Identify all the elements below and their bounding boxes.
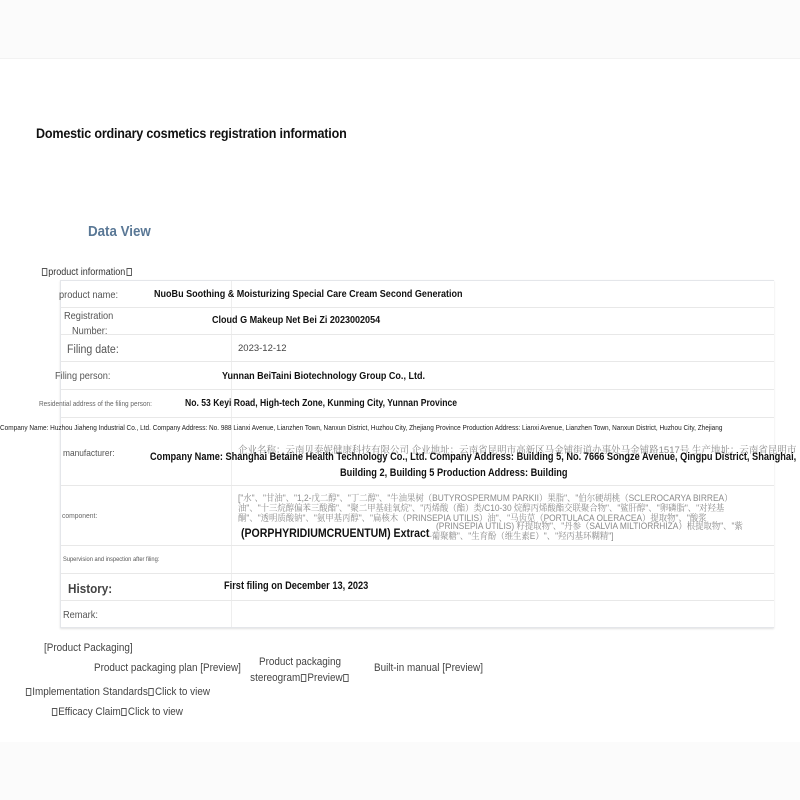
component-label: component:	[62, 511, 97, 520]
product-name-label: product name:	[59, 289, 118, 301]
row-history: History: First filing on December 13, 20…	[61, 574, 774, 601]
product-information-label: product information	[41, 267, 132, 278]
row-filing-date: Filing date: 2023-12-12	[61, 335, 774, 362]
box-glyph-icon	[26, 688, 31, 696]
page-title: Domestic ordinary cosmetics registration…	[36, 126, 347, 141]
filing-person-value: Yunnan BeiTaini Biotechnology Group Co.,…	[222, 370, 425, 382]
manufacturer-value-line1: Company Name: Shanghai Betaine Health Te…	[150, 451, 796, 463]
packaging-stereogram-preview-link[interactable]: Product packaging stereogramPreview	[246, 654, 354, 686]
efficacy-claim-view-link[interactable]: Click to view	[128, 706, 183, 718]
box-glyph-icon	[344, 674, 349, 682]
box-glyph-icon	[122, 708, 127, 716]
stereogram-preview-text: Preview	[307, 672, 342, 684]
efficacy-claim-row: Efficacy ClaimClick to view	[51, 706, 183, 718]
filing-date-label: Filing date:	[67, 344, 119, 356]
filing-date-value: 2023-12-12	[238, 343, 287, 354]
registration-number-label-line1: Registration	[64, 310, 113, 322]
implementation-standards-row: Implementation StandardsClick to view	[25, 686, 210, 698]
manufacturer-label: manufacturer:	[63, 448, 115, 459]
efficacy-claim-label: Efficacy Claim	[58, 706, 121, 718]
data-view-heading: Data View	[88, 224, 151, 240]
implementation-standards-label: Implementation Standards	[32, 686, 148, 698]
history-value: First filing on December 13, 2023	[224, 580, 368, 592]
row-component: component: ["水"、"甘油"、"1,2-戊二醇"、"丁二醇"、"牛油…	[61, 486, 774, 546]
box-glyph-icon	[301, 674, 306, 682]
manufacturer-overflow-text: Company Name: Huzhou Jiaheng Industrial …	[0, 423, 722, 432]
component-value-overlay: (PORPHYRIDIUMCRUENTUM) Extract	[241, 526, 429, 540]
stereogram-line2: stereogramPreview	[246, 670, 354, 686]
residential-address-label: Residential address of the filing person…	[39, 399, 152, 408]
box-glyph-icon	[149, 688, 154, 696]
component-cn-line5: -葡聚糖"、"生育酚（维生素E）"、"羟丙基环糊精"]	[429, 529, 614, 542]
manufacturer-value-line2: Building 2, Building 5 Production Addres…	[340, 467, 568, 479]
box-glyph-icon	[42, 268, 47, 276]
product-info-table: product name: NuoBu Soothing & Moisturiz…	[60, 280, 774, 628]
product-information-text: product information	[48, 267, 125, 278]
remark-label: Remark:	[63, 609, 98, 621]
product-packaging-label: [Product Packaging]	[44, 642, 133, 654]
row-filing-person: Filing person: Yunnan BeiTaini Biotechno…	[61, 362, 774, 390]
product-name-value: NuoBu Soothing & Moisturizing Special Ca…	[154, 288, 463, 300]
stereogram-text: stereogram	[250, 672, 300, 684]
box-glyph-icon	[52, 708, 57, 716]
packaging-plan-preview-link[interactable]: Product packaging plan [Preview]	[94, 662, 241, 674]
implementation-standards-view-link[interactable]: Click to view	[155, 686, 210, 698]
top-header-band	[0, 0, 800, 59]
bottom-footer-band	[0, 742, 800, 800]
row-product-name: product name: NuoBu Soothing & Moisturiz…	[61, 281, 774, 308]
registration-number-value: Cloud G Makeup Net Bei Zi 2023002054	[212, 314, 380, 326]
history-label: History:	[68, 581, 112, 596]
stereogram-line1: Product packaging	[246, 654, 354, 670]
residential-address-value: No. 53 Keyi Road, High-tech Zone, Kunmin…	[185, 398, 457, 409]
row-remark: Remark:	[61, 601, 774, 628]
built-in-manual-preview-link[interactable]: Built-in manual [Preview]	[374, 662, 483, 674]
supervision-label: Supervision and inspection after filing:	[63, 556, 159, 563]
row-residential-address: Residential address of the filing person…	[61, 390, 774, 418]
row-registration-number: Registration Number: Cloud G Makeup Net …	[61, 308, 774, 335]
filing-person-label: Filing person:	[55, 370, 110, 382]
row-supervision: Supervision and inspection after filing:	[61, 546, 774, 574]
box-glyph-icon	[126, 268, 131, 276]
